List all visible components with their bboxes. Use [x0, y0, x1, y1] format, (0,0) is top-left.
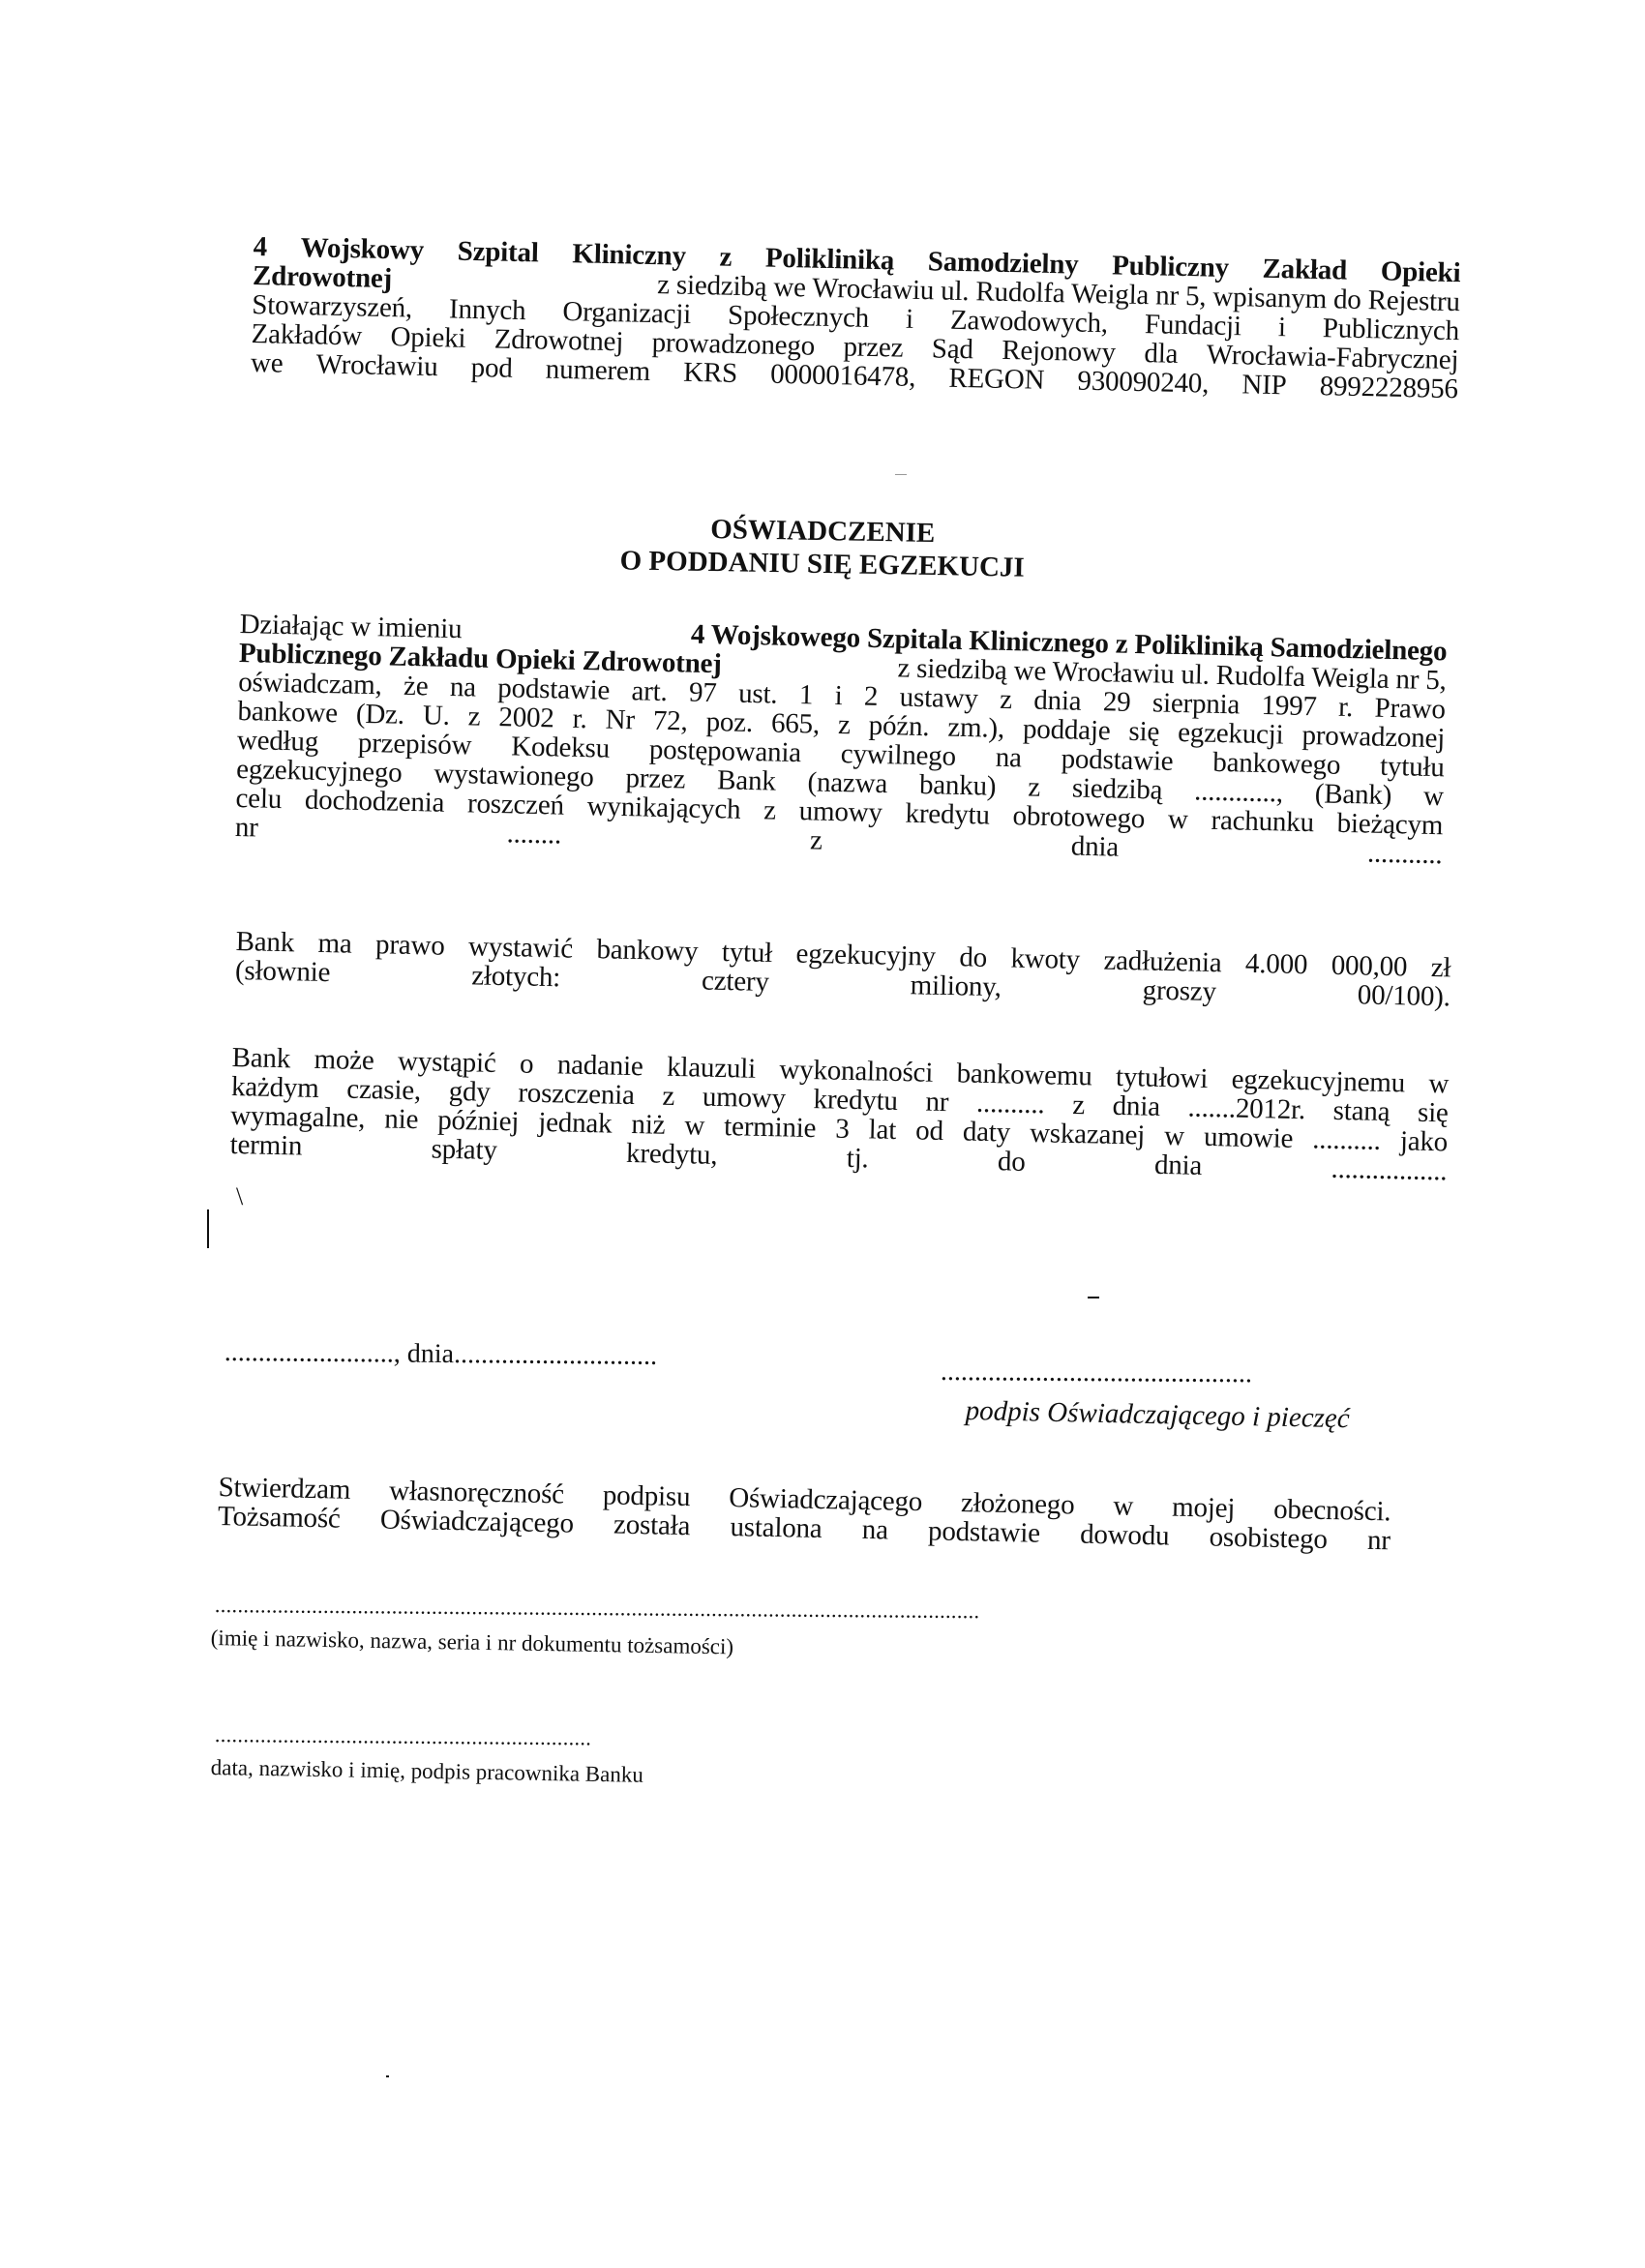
scan-speck	[895, 474, 907, 475]
enforcement-clause-paragraph: Bankmożewystąpićonadanieklauzuliwykonaln…	[229, 1043, 1449, 1185]
margin-line	[207, 1209, 209, 1248]
signature-caption: podpis Oświadczającego i pieczęć	[965, 1395, 1350, 1435]
institution-header: 4WojskowySzpitalKlinicznyzPoliklinikąSam…	[251, 232, 1461, 403]
scanned-document-page: 4WojskowySzpitalKlinicznyzPoliklinikąSam…	[0, 0, 1645, 2268]
id-caption: (imię i nazwisko, nazwa, seria i nr doku…	[211, 1626, 734, 1659]
scan-dash	[1088, 1297, 1099, 1298]
document-title: OŚWIADCZENIE O PODDANIU SIĘ EGZEKUCJI	[0, 500, 1645, 595]
declaration-paragraph: Działając w imieniu 4 Wojskowego Szpital…	[235, 610, 1448, 869]
stray-backslash: \	[236, 1182, 243, 1211]
bank-employee-caption: data, nazwisko i imię, podpis pracownika…	[211, 1755, 644, 1788]
certification-paragraph: StwierdzamwłasnoręcznośćpodpisuOświadcza…	[218, 1473, 1391, 1555]
id-dots: ........................................…	[215, 1593, 980, 1624]
place-date-line: ........................., dnia.........…	[224, 1337, 657, 1372]
scan-speck-bottom	[386, 2075, 389, 2077]
amount-paragraph: Bankmaprawowystawićbankowytytułegzekucyj…	[235, 927, 1451, 1011]
signature-dots: ........................................…	[941, 1357, 1252, 1389]
bank-dots: ........................................…	[215, 1722, 592, 1750]
